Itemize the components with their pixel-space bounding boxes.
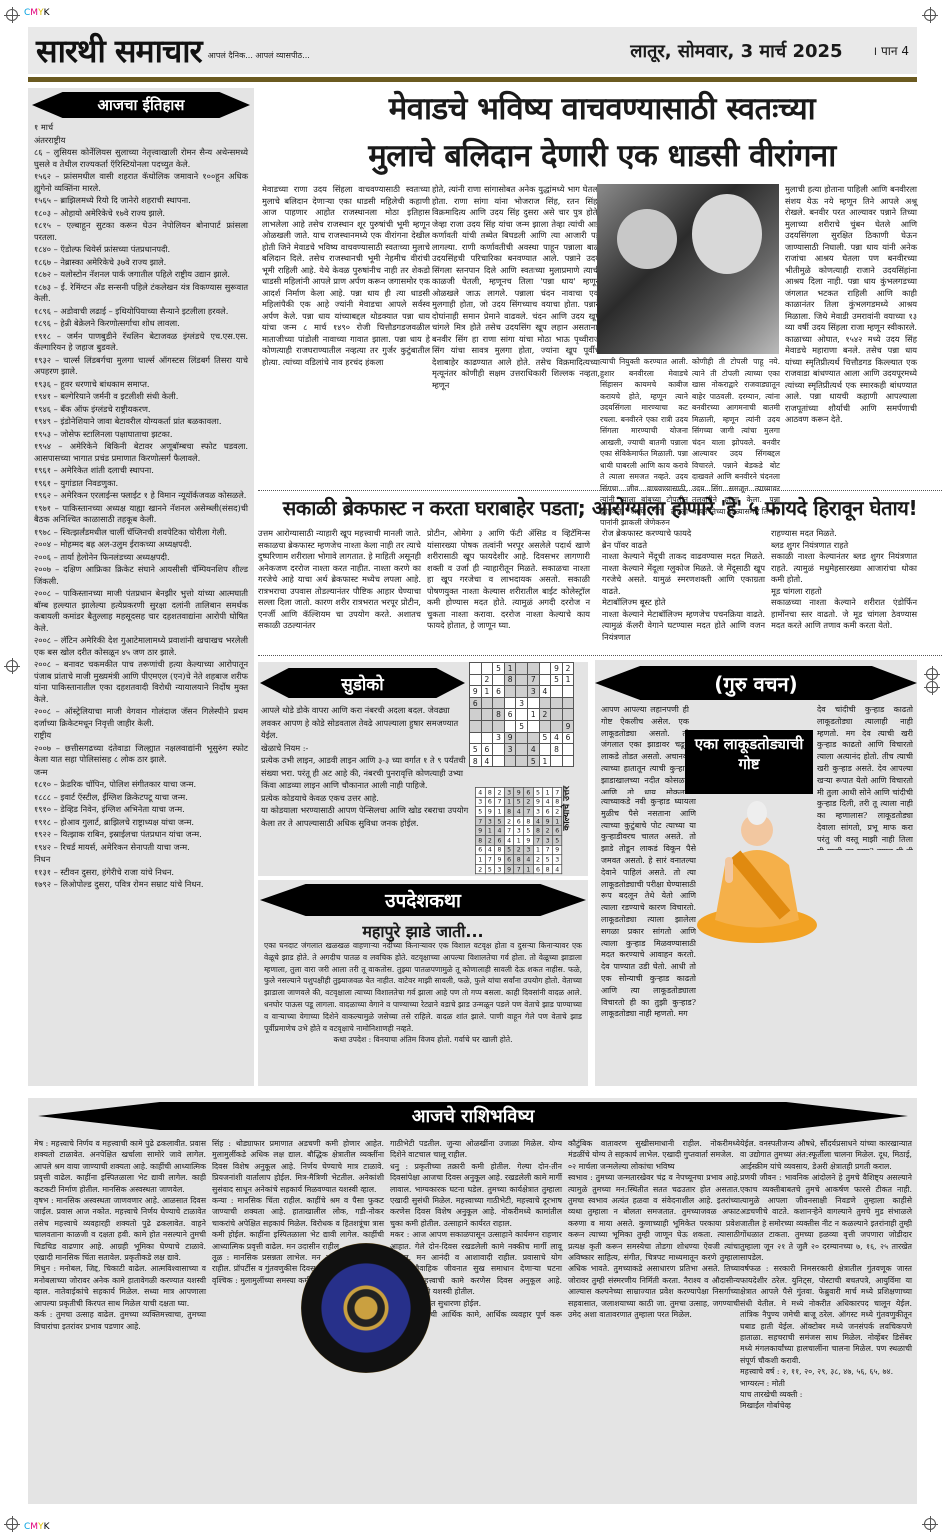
sudoku-cell: 9 [533, 797, 543, 807]
sudoku-cell[interactable] [527, 732, 539, 744]
sudoku-cell: 8 [533, 826, 543, 836]
sudoku-cell: 8 [551, 744, 563, 756]
horoscope-col-5: येईल. वनस्पतीजन्य औषधे, सौंदर्यप्रसाधने … [740, 1138, 912, 1412]
history-entry: अंतरराष्ट्रीय [34, 135, 248, 147]
sudoku-cell: 7 [475, 816, 485, 826]
history-entries: १ मार्चअंतरराष्ट्रीय८६ – लुसियस कोर्नेलि… [34, 122, 248, 891]
history-entry: १९४६ – बँक ऑफ इंग्लंडचे राष्ट्रीयकरण. [34, 404, 248, 416]
newspaper-title: सारथी समाचार [36, 29, 202, 72]
sudoku-cell: 8 [504, 674, 516, 686]
history-heading: आजचा ईतिहास [32, 92, 250, 118]
sudoku-cell: 5 [533, 787, 543, 797]
sudoku-cell: 9 [551, 663, 563, 675]
sudoku-cell: 7 [527, 674, 539, 686]
sudoku-cell: 7 [543, 845, 553, 855]
sudoku-cell: 6 [543, 807, 553, 817]
sudoku-cell: 6 [524, 787, 534, 797]
history-entry: जन्म [34, 767, 248, 779]
sudoku-cell: 4 [533, 816, 543, 826]
sudoku-cell[interactable] [481, 663, 493, 675]
sudoku-cell[interactable] [539, 744, 551, 756]
sudoku-cell: 4 [495, 826, 505, 836]
sudoku-instructions: आपले थोडे डोके वापरा आणि करा नंबरची अदला… [261, 704, 471, 829]
sudoku-cell: 3 [495, 864, 505, 874]
history-entry: २००४ – मोहम्मद बह्र अल-उलुम ईराकच्या अध्… [34, 539, 248, 551]
sudoku-cell[interactable] [516, 686, 528, 698]
history-entry: १८४० – ऍडोल्फ थियेर्स फ्रांसच्या पंतप्रध… [34, 244, 248, 256]
sudoku-cell: 5 [539, 732, 551, 744]
sudoku-cell: 1 [495, 807, 505, 817]
sudoku-cell[interactable] [481, 697, 493, 709]
history-column: आजचा ईतिहास १ मार्चअंतरराष्ट्रीय८६ – लुस… [28, 88, 254, 1086]
sudoku-cell: 9 [504, 864, 514, 874]
sudoku-cell: 2 [524, 797, 534, 807]
guru-right-top: देव चांदीची कुऱ्हाड काढतो लाकूडतोड्या त्… [817, 704, 913, 850]
sudoku-cell: 6 [493, 686, 505, 698]
sudoku-cell[interactable] [493, 755, 505, 767]
sudoku-cell: 3 [552, 855, 562, 865]
sudoku-cell: 2 [504, 816, 514, 826]
sudoku-cell: 8 [470, 755, 482, 767]
history-entry: १९७१ – पाकिस्तानच्या अध्यक्ष याह्या खानन… [34, 503, 248, 526]
registration-mark-icon [926, 681, 938, 693]
sudoku-cell: 5 [493, 663, 505, 675]
sudoku-cell[interactable] [493, 674, 505, 686]
registration-mark-icon [6, 660, 18, 672]
sudoku-cell: 6 [481, 744, 493, 756]
sudoku-cell: 9 [562, 720, 574, 732]
history-entry: निधन [34, 854, 248, 866]
sudoku-cell: 3 [493, 732, 505, 744]
sudoku-cell[interactable] [504, 697, 516, 709]
history-entry: १७९२ – लिओपोल्ड दुसरा, पवित्र रोमन सम्रा… [34, 879, 248, 891]
sudoku-cell: 4 [504, 836, 514, 846]
history-entry: १९३२ – चार्ल्स लिंडबर्गचा मुलगा चार्ल्स … [34, 355, 248, 378]
sudoku-cell[interactable] [562, 697, 574, 709]
sudoku-cell: 8 [514, 855, 524, 865]
sudoku-cell: 5 [524, 826, 534, 836]
sudoku-cell[interactable] [551, 697, 563, 709]
sudoku-cell: 6 [514, 816, 524, 826]
sudoku-cell[interactable] [539, 674, 551, 686]
tagline: आपलं दैनिक... आपलं व्यासपीठ... [208, 50, 310, 61]
sudoku-cell: 8 [504, 807, 514, 817]
lead-story-image [597, 184, 779, 354]
sudoku-cell: 3 [514, 826, 524, 836]
sudoku-cell: 1 [543, 787, 553, 797]
sudoku-cell: 2 [485, 836, 495, 846]
upadesh-moral: कथा उपदेश : विनयाचा अंतिम विजय होतो. गर्… [264, 1034, 582, 1046]
history-entry: १८१० – फ्रेडरिक चॉपिन, पोलिश संगीतकार या… [34, 779, 248, 791]
sudoku-cell: 3 [485, 816, 495, 826]
sudoku-cell: 5 [514, 797, 524, 807]
sudoku-cell: 3 [533, 807, 543, 817]
upadesh-body: एका घनदाट जंगलात खळखळ वाहणाऱ्या नदीच्या … [264, 940, 582, 1046]
history-entry: १८८८ – इवार्ट ऍस्टील, ईंग्लिश क्रिकेटपटू… [34, 792, 248, 804]
horoscope-col-4: कौटुंबिक वातावरण सुखीसमाधानी राहील. नोकर… [568, 1138, 740, 1321]
sudoku-cell: 7 [533, 836, 543, 846]
sudoku-cell: 5 [470, 744, 482, 756]
breakfast-col-2: प्रोटीन, ओमेगा ३ आणि फॅटी ॲसिड व व्हिटॅम… [427, 528, 590, 632]
sudoku-cell: 3 [543, 836, 553, 846]
sudoku-cell[interactable] [504, 755, 516, 767]
sudoku-cell: 4 [539, 686, 551, 698]
sudoku-cell: 2 [514, 845, 524, 855]
history-entry: १९४१ – बल्गेरियाने जर्मनी व इटलीशी संधी … [34, 391, 248, 403]
history-entry: १८९६ – हेन्री बेक्रेलने किरणोत्सर्गाचा श… [34, 318, 248, 330]
lead-headline: मेवाडचे भविष्य वाचवण्यासाठी स्वतःच्या मु… [262, 86, 942, 180]
sudoku-cell: 9 [514, 787, 524, 797]
sudoku-cell: 8 [475, 836, 485, 846]
sudoku-answer-label: काल्याचे उत्तर [560, 786, 573, 831]
breakfast-headline: सकाळी ब्रेकफास्ट न करता घराबाहेर पडता; आ… [258, 494, 942, 521]
sudoku-cell: 3 [475, 797, 485, 807]
history-entry: १९६२ – अमेरिकन एरलाईन्स फ्लाईट १ हे विमा… [34, 490, 248, 502]
sudoku-cell: 1 [533, 845, 543, 855]
sudoku-cell: 6 [470, 697, 482, 709]
sudoku-cell: 3 [524, 845, 534, 855]
sudoku-cell[interactable] [527, 720, 539, 732]
guru-story-title: एका लाकूडतोड्याची गोष्ट [685, 730, 813, 794]
history-entry: १८७२ – यलोस्टोन नॅशनल पार्क जगातील पहिले… [34, 269, 248, 281]
history-entry: १८१५ – एल्बाहून सुटका करून घेउन नेपोलियन… [34, 220, 248, 243]
history-entry: २००७ – छत्तीसगढच्या दंतेवाडा जिल्ह्यात न… [34, 743, 248, 766]
sudoku-cell[interactable] [516, 663, 528, 675]
history-entry: १९४२ – रिचर्ड मायर्स, अमेरिकन सेनापती या… [34, 842, 248, 854]
sudoku-cell: 5 [504, 845, 514, 855]
lead-story-col-2: होते, त्यांनी राणा सांगासोबत अनेक युद्धा… [432, 184, 600, 391]
sudoku-cell: 8 [524, 816, 534, 826]
sudoku-cell[interactable] [470, 732, 482, 744]
sudoku-cell: 1 [475, 855, 485, 865]
sudoku-cell: 6 [504, 855, 514, 865]
sudoku-cell: 4 [485, 845, 495, 855]
history-entry: १९६१ – युगांडात निवडणुका. [34, 478, 248, 490]
history-entry: १५६२ – फ्रांसमधील वासी शहरात कॅथोलिक जमा… [34, 171, 248, 194]
sudoku-cell: 1 [504, 797, 514, 807]
sudoku-cell: 9 [543, 816, 553, 826]
lead-headline-line2: मुलाचे बलिदान देणारी एक धाडसी वीरांगना [262, 133, 942, 180]
sudoku-cell: 5 [516, 720, 528, 732]
history-entry: राष्ट्रीय [34, 730, 248, 742]
sudoku-cell[interactable] [539, 697, 551, 709]
sudoku-cell[interactable] [562, 755, 574, 767]
sudoku-cell: 7 [485, 855, 495, 865]
sudoku-cell: 4 [527, 744, 539, 756]
history-entry: ११३१ – स्टीवन दुसरा, हंगेरीचे राजा यांचे… [34, 867, 248, 879]
sudoku-cell: 9 [495, 855, 505, 865]
history-entry: १ मार्च [34, 122, 248, 134]
sudoku-cell: 2 [539, 709, 551, 721]
breakfast-col-3: रोज ब्रेकफास्ट करण्याचे फायदे ब्रेन पॉवर… [602, 528, 765, 643]
sudoku-cell[interactable] [562, 686, 574, 698]
upadesh-heading: उपदेशकथा [260, 884, 586, 916]
divider [258, 490, 942, 491]
sudoku-cell: 1 [485, 826, 495, 836]
lead-headline-line1: मेवाडचे भविष्य वाचवण्यासाठी स्वतःच्या [262, 86, 942, 133]
guru-heading: (गुरु वचन) [595, 666, 917, 700]
sudoku-cell: 1 [562, 674, 574, 686]
sudoku-cell: 4 [551, 732, 563, 744]
history-entry: २००८ – पाकिस्तानच्या माजी पंतप्रधान बेनझ… [34, 588, 248, 634]
history-entry: २००७ – दक्षिण आफ्रिका क्रिकेट संघाने आयस… [34, 564, 248, 587]
sudoku-cell: 7 [504, 826, 514, 836]
sudoku-cell: 9 [485, 807, 495, 817]
sudoku-cell: 1 [524, 864, 534, 874]
sudoku-cell: 5 [552, 836, 562, 846]
history-entry: २००६ – तार्या हेलोनेन फिनलंडच्या अध्यक्ष… [34, 552, 248, 564]
history-entry: १८९६ – अडोवाची लढाई – इथियोपियाच्या सैन्… [34, 306, 248, 318]
sudoku-cell[interactable] [504, 686, 516, 698]
sudoku-cell: 4 [475, 787, 485, 797]
sudoku-cell[interactable] [562, 744, 574, 756]
sudoku-cell: 8 [495, 845, 505, 855]
sudoku-cell: 1 [514, 836, 524, 846]
sudoku-cell[interactable] [493, 697, 505, 709]
sudoku-cell[interactable] [539, 720, 551, 732]
page-number: । पान 4 [873, 42, 909, 59]
sudoku-cell: 3 [516, 697, 528, 709]
sudoku-cell: 2 [481, 674, 493, 686]
history-entry: १९५४ – अमेरिकेने बिकिनी बेटावर अणूबॉम्बच… [34, 441, 248, 464]
zodiac-wheel-icon [301, 1243, 431, 1373]
sudoku-cell: 6 [533, 864, 543, 874]
sudoku-cell: 2 [533, 855, 543, 865]
masthead-rule [28, 77, 917, 82]
sudoku-cell[interactable] [539, 663, 551, 675]
sudoku-cell[interactable] [516, 744, 528, 756]
lead-story-col-1: मेवाडच्या राणा उदय सिंहला वाचवण्यासाठी स… [262, 184, 430, 368]
breakfast-col-4: राहण्यास मदत मिळते. ब्लड शुगर नियंत्रणात… [771, 528, 917, 632]
history-entry: १९५३ – जोसेफ स्टालिनला पक्षाघाताचा झटका. [34, 429, 248, 441]
horoscope-col-1: मेष : महत्त्वाचे निर्णय व महत्त्वाची काम… [34, 1138, 206, 1332]
sudoku-cell[interactable] [551, 720, 563, 732]
lead-story-col-4: कोणीही ती टोपली पाहू नये. त्याने ती टोपल… [692, 356, 780, 517]
history-entry: २००८ – ऑस्ट्रेलियाचा माजी वेगवान गोलंदाज… [34, 706, 248, 729]
sudoku-cell[interactable] [504, 720, 516, 732]
sudoku-puzzle-grid[interactable]: 519228751916346386125939546563488451 [469, 662, 574, 767]
sudoku-cell: 7 [524, 807, 534, 817]
sudoku-cell[interactable] [516, 755, 528, 767]
sudoku-cell: 3 [504, 787, 514, 797]
sudoku-cell[interactable] [551, 755, 563, 767]
registration-mark-icon [924, 1518, 936, 1530]
sudoku-cell: 2 [495, 787, 505, 797]
sudoku-cell[interactable] [481, 732, 493, 744]
sudoku-cell[interactable] [551, 709, 563, 721]
history-entry: १९१० – डेव्हिड निवेन, इंग्लिश अभिनेता या… [34, 804, 248, 816]
horoscope-heading: आजचे राशिभविष्य [38, 1102, 908, 1130]
sage-illustration-icon [695, 795, 819, 945]
sudoku-cell: 6 [562, 732, 574, 744]
sudoku-cell: 3 [527, 686, 539, 698]
sudoku-cell: 1 [504, 663, 516, 675]
history-entry: ८६ – लुसियस कोर्नेलियस सुलाच्या नेतृत्त्… [34, 147, 248, 170]
sudoku-cell: 9 [504, 732, 516, 744]
upadesh-section: उपदेशकथा महापुरे झाडे जाती... एका घनदाट … [258, 880, 588, 1086]
sudoku-cell[interactable] [470, 709, 482, 721]
masthead: सारथी समाचार आपलं दैनिक... आपलं व्यासपीठ… [28, 27, 917, 74]
sudoku-cell[interactable] [516, 674, 528, 686]
registration-mark-icon [6, 1518, 18, 1530]
sudoku-cell: 5 [495, 816, 505, 826]
sudoku-cell: 5 [543, 855, 553, 865]
sudoku-cell: 9 [475, 826, 485, 836]
sudoku-cell: 6 [485, 797, 495, 807]
history-entry: १९१८ – होआव गुलार्ट, ब्राझिलचे राष्ट्राध… [34, 817, 248, 829]
guru-vachan-section: (गुरु वचन) आपण आपल्या लहानपणी ही गोष्ट ऐ… [595, 660, 917, 1086]
sudoku-cell: 4 [481, 755, 493, 767]
sudoku-cell: 8 [485, 787, 495, 797]
sudoku-cell[interactable] [481, 720, 493, 732]
sudoku-cell[interactable] [562, 709, 574, 721]
dateline: लातूर, सोमवार, 3 मार्च 2025 [630, 39, 842, 63]
sudoku-cell: 9 [524, 836, 534, 846]
history-entry: १५६५ – ब्राझिलमध्ये रियो दि जानेरो शहराच… [34, 195, 248, 207]
history-entry: १९३६ – हूवर धरणाचे बांधकाम समाप्त. [34, 379, 248, 391]
history-entry: १९७८ – स्वित्झर्लंडमधील चार्ली चॅप्लिनची… [34, 527, 248, 539]
sudoku-cell: 9 [470, 686, 482, 698]
sudoku-cell[interactable] [551, 686, 563, 698]
divider [258, 655, 942, 656]
sudoku-cell: 6 [495, 836, 505, 846]
sudoku-solution-grid: 4823965173671529485918473627352684919147… [475, 787, 562, 874]
sudoku-cell: 7 [495, 797, 505, 807]
sudoku-cell: 6 [504, 709, 516, 721]
guru-left: त्याच्याकडे नवी कुऱ्हाड घ्यायला मुळीच पै… [601, 796, 696, 1086]
sudoku-cell[interactable] [493, 720, 505, 732]
sudoku-cell: 5 [527, 755, 539, 767]
sudoku-cell: 1 [481, 686, 493, 698]
sudoku-cell[interactable] [527, 663, 539, 675]
cmyk-marks: CMYK [24, 8, 49, 18]
history-entry: १९४९ – इंडोनेशियाने जावा बेटावरील योग्यक… [34, 416, 248, 428]
sudoku-cell[interactable] [470, 720, 482, 732]
history-entry: १८७३ – ई. रेमिंग्टन अँड सन्सनी पहिले टंक… [34, 282, 248, 305]
history-entry: १९६१ – अमेरिकेत शांती दलाची स्थापना. [34, 465, 248, 477]
sudoku-cell: 4 [552, 864, 562, 874]
sudoku-cell: 4 [524, 855, 534, 865]
horoscope-section: आजचे राशिभविष्य मेष : महत्त्वाचे निर्णय … [28, 1098, 917, 1504]
sudoku-cell: 2 [475, 864, 485, 874]
sudoku-cell: 8 [493, 709, 505, 721]
sudoku-cell: 4 [543, 797, 553, 807]
sudoku-cell: 1 [527, 709, 539, 721]
lead-story-col-5: मुलाची हत्या होताना पाहिली आणि बनवीरला स… [785, 184, 917, 426]
history-entry: १९१८ – जर्मन पाणबुडीने रॅथलिन बेटाजवळ इं… [34, 331, 248, 354]
sudoku-cell: 1 [539, 755, 551, 767]
history-entry: १९२२ – यित्झाक राबिन, इस्राईलचा पंतप्रधा… [34, 829, 248, 841]
breakfast-col-1: उत्तम आरोग्यासाठी न्याहारी खूप महत्त्वाच… [258, 528, 421, 632]
sudoku-heading: सुडोको [260, 668, 465, 698]
guru-intro: आपण आपल्या लहानपणी ही गोष्ट ऐकलीच असेल. … [601, 704, 689, 794]
cmyk-marks-bottom: CMYK [24, 1522, 49, 1532]
sudoku-cell: 4 [514, 807, 524, 817]
upadesh-title: महापुरे झाडे जाती... [258, 920, 588, 942]
registration-mark-icon [6, 9, 18, 21]
sudoku-cell: 8 [543, 864, 553, 874]
registration-mark-icon [924, 9, 936, 21]
sudoku-cell: 2 [543, 826, 553, 836]
sudoku-cell: 2 [562, 663, 574, 675]
sudoku-cell[interactable] [516, 732, 528, 744]
sudoku-cell: 7 [514, 864, 524, 874]
sudoku-cell[interactable] [481, 709, 493, 721]
sudoku-cell[interactable] [470, 663, 482, 675]
sudoku-cell: 5 [475, 807, 485, 817]
sudoku-cell[interactable] [470, 674, 482, 686]
sudoku-cell: 5 [485, 864, 495, 874]
sudoku-cell[interactable] [493, 744, 505, 756]
sudoku-cell: 6 [475, 845, 485, 855]
sudoku-cell[interactable] [527, 697, 539, 709]
history-entry: १८६७ – नेब्रास्का अमेरिकेचे ३७वे राज्य झ… [34, 257, 248, 269]
history-entry: १८०३ – ओहायो अमेरिकेचे १७वे राज्य झाले. [34, 208, 248, 220]
sudoku-cell: 9 [552, 845, 562, 855]
sudoku-cell[interactable] [516, 709, 528, 721]
history-entry: २००८ – लॅटिन अमेरिकी देश गुआटेमालामध्ये … [34, 635, 248, 658]
sudoku-cell: 3 [504, 744, 516, 756]
history-entry: २००८ – बनावट चकमकीत पाच तरूणांची हत्या क… [34, 659, 248, 705]
sudoku-cell: 5 [551, 674, 563, 686]
